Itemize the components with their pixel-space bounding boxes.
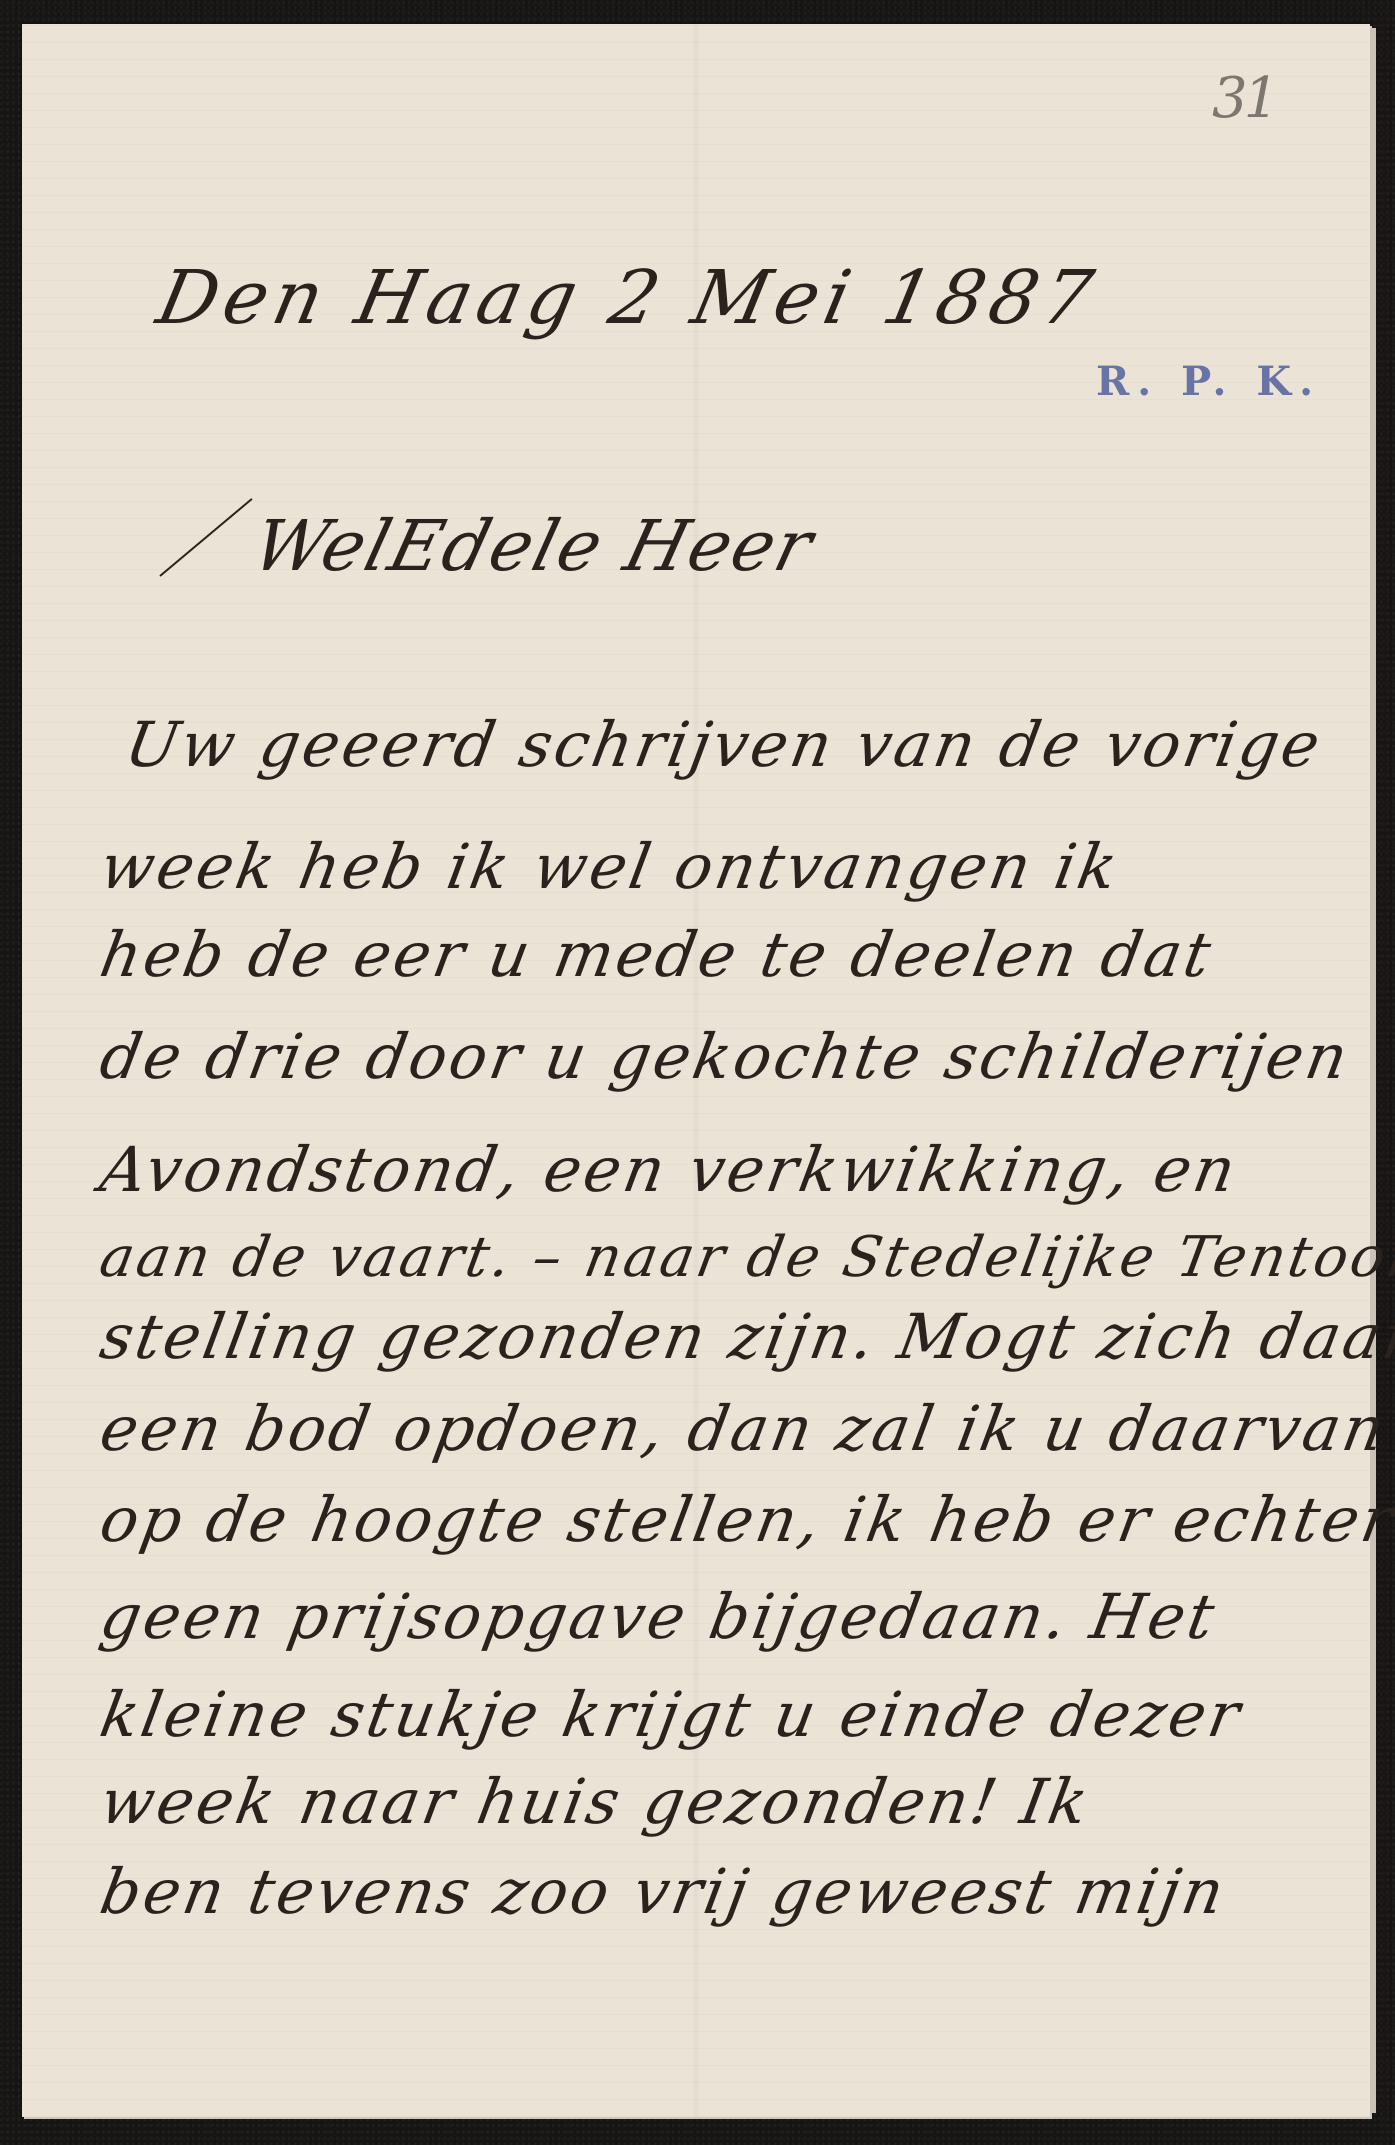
letter-line: stelling gezonden zijn. Mogt zich daar <box>95 1300 1395 1373</box>
letter-line: geen prijsopgave bijgedaan. Het <box>95 1580 1223 1653</box>
letter-line: heb de eer u mede te deelen dat <box>95 918 1219 991</box>
rpk-stamp: R. P. K. <box>1096 358 1321 405</box>
letter-line: kleine stukje krijgt u einde dezer <box>95 1678 1248 1751</box>
letter-line: de drie door u gekochte schilderijen <box>95 1020 1356 1093</box>
letter-line: week naar huis gezonden! Ik <box>95 1765 1096 1838</box>
letter-line: een bod opdoen, dan zal ik u daarvan <box>95 1392 1393 1465</box>
letter-salutation: WelEdele Heer <box>245 505 822 587</box>
letter-line: op de hoogte stellen, ik heb er echter <box>95 1483 1395 1556</box>
letter-line: ben tevens zoo vrij geweest mijn <box>95 1855 1232 1928</box>
page-edge <box>1370 28 1376 2113</box>
letter-line: week heb ik wel ontvangen ik <box>95 830 1126 903</box>
letter-line: Uw geeerd schrijven van de vorige <box>120 708 1328 781</box>
letter-line: Avondstond, een verkwikking, en <box>95 1133 1244 1206</box>
letter-line: aan de vaart. – naar de Stedelijke Tento… <box>95 1225 1395 1290</box>
letter-dateline: Den Haag 2 Mei 1887 <box>150 255 1106 341</box>
folio-number: 31 <box>1212 66 1275 131</box>
